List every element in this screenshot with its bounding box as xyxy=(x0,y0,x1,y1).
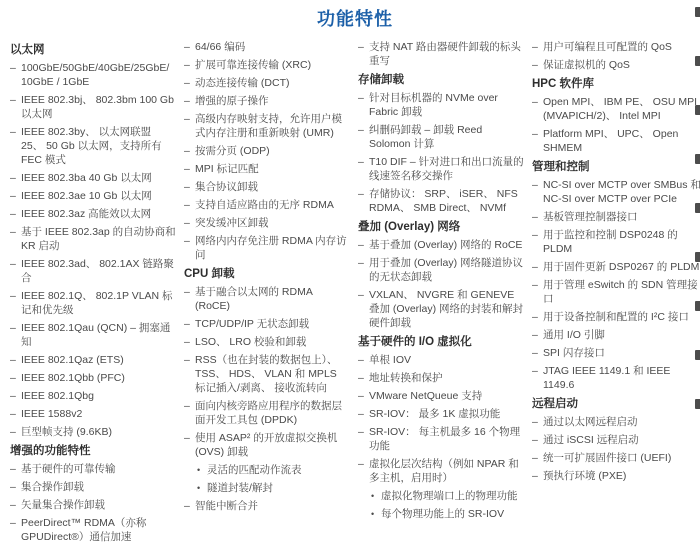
feature-item: –用于固件更新 DSP0267 的 PLDM xyxy=(532,260,700,274)
dash-marker: – xyxy=(358,407,369,421)
feature-item: –高级内存映射支持，允许用户模式内存注册和重新映射 (UMR) xyxy=(184,112,350,140)
feature-item: –智能中断合并 xyxy=(184,499,350,513)
feature-item: –IEEE 802.1Qau (QCN) – 拥塞通知 xyxy=(10,321,176,349)
feature-text: 统一可扩展固件接口 (UEFI) xyxy=(543,451,671,465)
bullet-marker: • xyxy=(197,463,207,477)
feature-item: –NC-SI over MCTP over SMBus 和 NC-SI over… xyxy=(532,178,700,206)
feature-item: –单根 IOV xyxy=(358,353,524,367)
feature-item: –IEEE 802.3bj、 802.3bm 100 Gb 以太网 xyxy=(10,93,176,121)
dash-marker: – xyxy=(532,346,543,360)
feature-text: 支持 NAT 路由器硬件卸载的标头重写 xyxy=(369,40,524,68)
feature-column-2: –64/66 编码–扩展可靠连接传输 (XRC)–动态连接传输 (DCT)–增强… xyxy=(184,40,350,543)
feature-text: RSS（也在封装的数据包上）、 TSS、 HDS、 VLAN 和 MPLS 标记… xyxy=(195,353,350,395)
feature-item: –保证虚拟机的 QoS xyxy=(532,58,700,72)
dash-marker: – xyxy=(358,40,369,68)
dash-marker: – xyxy=(10,225,21,253)
feature-item: –网络内内存免注册 RDMA 内存访问 xyxy=(184,234,350,262)
feature-text: 用于设备控制和配置的 I²C 接口 xyxy=(543,310,689,324)
feature-item: –RSS（也在封装的数据包上）、 TSS、 HDS、 VLAN 和 MPLS 标… xyxy=(184,353,350,395)
dash-marker: – xyxy=(184,216,195,230)
section-header: 管理和控制 xyxy=(532,159,700,175)
dash-marker: – xyxy=(10,462,21,476)
dash-marker: – xyxy=(10,389,21,403)
feature-text: T10 DIF – 针对进口和出口流量的线速签名移交操作 xyxy=(369,155,524,183)
feature-text: 集合操作卸载 xyxy=(21,480,84,494)
dash-marker: – xyxy=(358,91,369,119)
section-header: 远程启动 xyxy=(532,396,700,412)
feature-text: 单根 IOV xyxy=(369,353,411,367)
feature-column-1: 以太网–100GbE/50GbE/40GbE/25GbE/ 10GbE / 1G… xyxy=(10,40,176,543)
feature-item: –用户可编程且可配置的 QoS xyxy=(532,40,700,54)
dash-marker: – xyxy=(184,40,195,54)
dash-marker: – xyxy=(184,431,195,459)
feature-item: –IEEE 802.1Qbb (PFC) xyxy=(10,371,176,385)
dash-marker: – xyxy=(532,469,543,483)
page-edge-artifact xyxy=(695,252,700,262)
dash-marker: – xyxy=(532,210,543,224)
feature-text: IEEE 802.3ba 40 Gb 以太网 xyxy=(21,171,152,185)
feature-item: –集合协议卸载 xyxy=(184,180,350,194)
feature-item: –扩展可靠连接传输 (XRC) xyxy=(184,58,350,72)
feature-text: 隧道封装/解封 xyxy=(207,481,273,495)
dash-marker: – xyxy=(358,457,369,485)
bullet-marker: • xyxy=(371,507,381,521)
dash-marker: – xyxy=(10,353,21,367)
feature-text: IEEE 802.1Qbb (PFC) xyxy=(21,371,125,385)
feature-text: IEEE 802.3by、 以太网联盟 25、 50 Gb 以太网，支持所有 F… xyxy=(21,125,176,167)
feature-item: –T10 DIF – 针对进口和出口流量的线速签名移交操作 xyxy=(358,155,524,183)
feature-text: 用于叠加 (Overlay) 网络隧道协议的无状态卸载 xyxy=(369,256,524,284)
dash-marker: – xyxy=(10,125,21,167)
bullet-marker: • xyxy=(371,489,381,503)
section-header: CPU 卸载 xyxy=(184,266,350,282)
feature-item: –虚拟化层次结构（例如 NPAR 和多主机，启用时） xyxy=(358,457,524,485)
feature-item: –JTAG IEEE 1149.1 和 IEEE 1149.6 xyxy=(532,364,700,392)
feature-item: –MPI 标记匹配 xyxy=(184,162,350,176)
feature-subitem: •隧道封装/解封 xyxy=(184,481,350,495)
feature-item: –基于融合以太网的 RDMA (RoCE) xyxy=(184,285,350,313)
dash-marker: – xyxy=(184,335,195,349)
feature-text: 动态连接传输 (DCT) xyxy=(195,76,290,90)
feature-item: –SR-IOV： 最多 1K 虚拟功能 xyxy=(358,407,524,421)
feature-item: –IEEE 1588v2 xyxy=(10,407,176,421)
dash-marker: – xyxy=(532,328,543,342)
page-edge-artifact xyxy=(695,56,700,66)
feature-item: –通过以太网远程启动 xyxy=(532,415,700,429)
feature-item: –IEEE 802.3ba 40 Gb 以太网 xyxy=(10,171,176,185)
feature-item: –存储协议： SRP、 iSER、 NFS RDMA、 SMB Direct、 … xyxy=(358,187,524,215)
feature-item: –矢量集合操作卸载 xyxy=(10,498,176,512)
dash-marker: – xyxy=(184,58,195,72)
page-edge-artifact xyxy=(695,7,700,17)
feature-item: –通过 iSCSI 远程启动 xyxy=(532,433,700,447)
feature-text: LSO、 LRO 校验和卸载 xyxy=(195,335,306,349)
feature-item: –IEEE 802.3ae 10 Gb 以太网 xyxy=(10,189,176,203)
section-header: 叠加 (Overlay) 网络 xyxy=(358,219,524,235)
feature-columns: 以太网–100GbE/50GbE/40GbE/25GbE/ 10GbE / 1G… xyxy=(10,40,700,543)
dash-marker: – xyxy=(532,95,543,123)
feature-column-4: –用户可编程且可配置的 QoS–保证虚拟机的 QoSHPC 软件库–Open M… xyxy=(532,40,700,543)
feature-item: –突发缓冲区卸载 xyxy=(184,216,350,230)
dash-marker: – xyxy=(10,93,21,121)
feature-text: 高级内存映射支持，允许用户模式内存注册和重新映射 (UMR) xyxy=(195,112,350,140)
feature-text: MPI 标记匹配 xyxy=(195,162,259,176)
section-header: 以太网 xyxy=(10,42,176,58)
dash-marker: – xyxy=(358,238,369,252)
dash-marker: – xyxy=(184,180,195,194)
dash-marker: – xyxy=(184,76,195,90)
feature-text: 按需分页 (ODP) xyxy=(195,144,270,158)
dash-marker: – xyxy=(532,451,543,465)
feature-text: 每个物理功能上的 SR-IOV xyxy=(381,507,504,521)
dash-marker: – xyxy=(10,257,21,285)
feature-item: –IEEE 802.1Qbg xyxy=(10,389,176,403)
feature-subitem: •每个物理功能上的 SR-IOV xyxy=(358,507,524,521)
feature-item: –IEEE 802.3az 高能效以太网 xyxy=(10,207,176,221)
feature-text: 集合协议卸载 xyxy=(195,180,258,194)
dash-marker: – xyxy=(532,40,543,54)
feature-item: –VXLAN、 NVGRE 和 GENEVE 叠加 (Overlay) 网络的封… xyxy=(358,288,524,330)
page-edge-artifact xyxy=(695,350,700,360)
feature-text: IEEE 802.3bj、 802.3bm 100 Gb 以太网 xyxy=(21,93,176,121)
dash-marker: – xyxy=(184,317,195,331)
feature-item: –支持 NAT 路由器硬件卸载的标头重写 xyxy=(358,40,524,68)
feature-text: 虚拟化物理端口上的物理功能 xyxy=(381,489,518,503)
dash-marker: – xyxy=(358,155,369,183)
feature-text: IEEE 802.1Qaz (ETS) xyxy=(21,353,124,367)
feature-text: 用户可编程且可配置的 QoS xyxy=(543,40,672,54)
dash-marker: – xyxy=(358,371,369,385)
dash-marker: – xyxy=(184,285,195,313)
feature-text: 用于固件更新 DSP0267 的 PLDM xyxy=(543,260,699,274)
feature-column-3: –支持 NAT 路由器硬件卸载的标头重写存储卸载–针对目标机器的 NVMe ov… xyxy=(358,40,524,543)
feature-item: –IEEE 802.1Qaz (ETS) xyxy=(10,353,176,367)
dash-marker: – xyxy=(184,144,195,158)
dash-marker: – xyxy=(358,187,369,215)
dash-marker: – xyxy=(358,425,369,453)
feature-text: 用于监控和控制 DSP0248 的 PLDM xyxy=(543,228,700,256)
feature-item: –用于设备控制和配置的 I²C 接口 xyxy=(532,310,700,324)
feature-item: –用于监控和控制 DSP0248 的 PLDM xyxy=(532,228,700,256)
feature-item: –LSO、 LRO 校验和卸载 xyxy=(184,335,350,349)
section-header: HPC 软件库 xyxy=(532,76,700,92)
dash-marker: – xyxy=(10,407,21,421)
feature-item: –使用 ASAP² 的开放虚拟交换机 (OVS) 卸载 xyxy=(184,431,350,459)
feature-item: –基于叠加 (Overlay) 网络的 RoCE xyxy=(358,238,524,252)
dash-marker: – xyxy=(184,499,195,513)
feature-item: –面向内核旁路应用程序的数据层面开发工具包 (DPDK) xyxy=(184,399,350,427)
dash-marker: – xyxy=(532,310,543,324)
feature-text: PeerDirect™ RDMA（亦称 GPUDirect®）通信加速 xyxy=(21,516,176,543)
page-title: 功能特性 xyxy=(10,5,700,31)
dash-marker: – xyxy=(10,207,21,221)
page-edge-artifact xyxy=(695,203,700,213)
feature-item: –地址转换和保护 xyxy=(358,371,524,385)
section-header: 基于硬件的 I/O 虚拟化 xyxy=(358,334,524,350)
feature-item: –基于 IEEE 802.3ap 的自动协商和 KR 启动 xyxy=(10,225,176,253)
feature-item: –统一可扩展固件接口 (UEFI) xyxy=(532,451,700,465)
feature-text: 用于管理 eSwitch 的 SDN 管理接口 xyxy=(543,278,700,306)
dash-marker: – xyxy=(10,171,21,185)
feature-text: IEEE 802.3az 高能效以太网 xyxy=(21,207,151,221)
feature-item: –增强的原子操作 xyxy=(184,94,350,108)
dash-marker: – xyxy=(10,498,21,512)
feature-item: –Platform MPI、 UPC、 Open SHMEM xyxy=(532,127,700,155)
page-edge-artifact xyxy=(695,301,700,311)
dash-marker: – xyxy=(10,516,21,543)
dash-marker: – xyxy=(184,234,195,262)
dash-marker: – xyxy=(532,415,543,429)
feature-text: JTAG IEEE 1149.1 和 IEEE 1149.6 xyxy=(543,364,700,392)
feature-item: –PeerDirect™ RDMA（亦称 GPUDirect®）通信加速 xyxy=(10,516,176,543)
section-header: 增强的功能特性 xyxy=(10,443,176,459)
feature-item: –TCP/UDP/IP 无状态卸载 xyxy=(184,317,350,331)
dash-marker: – xyxy=(358,123,369,151)
feature-item: –IEEE 802.3ad、 802.1AX 链路聚合 xyxy=(10,257,176,285)
feature-item: –动态连接传输 (DCT) xyxy=(184,76,350,90)
feature-text: 基于 IEEE 802.3ap 的自动协商和 KR 启动 xyxy=(21,225,176,253)
dash-marker: – xyxy=(358,288,369,330)
feature-text: IEEE 1588v2 xyxy=(21,407,82,421)
page-edge-artifact xyxy=(695,399,700,409)
feature-text: 增强的原子操作 xyxy=(195,94,269,108)
feature-text: 基于叠加 (Overlay) 网络的 RoCE xyxy=(369,238,522,252)
feature-text: 虚拟化层次结构（例如 NPAR 和多主机，启用时） xyxy=(369,457,524,485)
dash-marker: – xyxy=(358,256,369,284)
feature-text: 巨型帧支持 (9.6KB) xyxy=(21,425,112,439)
dash-marker: – xyxy=(10,289,21,317)
feature-text: 使用 ASAP² 的开放虚拟交换机 (OVS) 卸载 xyxy=(195,431,350,459)
dash-marker: – xyxy=(10,371,21,385)
feature-text: 通用 I/O 引脚 xyxy=(543,328,605,342)
bullet-marker: • xyxy=(197,481,207,495)
dash-marker: – xyxy=(184,162,195,176)
feature-item: –巨型帧支持 (9.6KB) xyxy=(10,425,176,439)
feature-text: NC-SI over MCTP over SMBus 和 NC-SI over … xyxy=(543,178,700,206)
datasheet-features-page: 功能特性 以太网–100GbE/50GbE/40GbE/25GbE/ 10GbE… xyxy=(0,0,700,543)
feature-text: VXLAN、 NVGRE 和 GENEVE 叠加 (Overlay) 网络的封装… xyxy=(369,288,524,330)
dash-marker: – xyxy=(184,112,195,140)
dash-marker: – xyxy=(10,480,21,494)
feature-item: –纠删码卸载 – 卸载 Reed Solomon 计算 xyxy=(358,123,524,151)
feature-item: –VMware NetQueue 支持 xyxy=(358,389,524,403)
feature-item: –基板管理控制器接口 xyxy=(532,210,700,224)
feature-text: 基于硬件的可靠传输 xyxy=(21,462,116,476)
feature-text: Platform MPI、 UPC、 Open SHMEM xyxy=(543,127,700,155)
feature-item: –基于硬件的可靠传输 xyxy=(10,462,176,476)
dash-marker: – xyxy=(184,198,195,212)
dash-marker: – xyxy=(184,399,195,427)
feature-item: –通用 I/O 引脚 xyxy=(532,328,700,342)
dash-marker: – xyxy=(10,425,21,439)
feature-text: 基板管理控制器接口 xyxy=(543,210,638,224)
feature-item: –支持自适应路由的无序 RDMA xyxy=(184,198,350,212)
dash-marker: – xyxy=(184,94,195,108)
feature-text: 支持自适应路由的无序 RDMA xyxy=(195,198,334,212)
feature-text: 基于融合以太网的 RDMA (RoCE) xyxy=(195,285,350,313)
feature-text: IEEE 802.3ae 10 Gb 以太网 xyxy=(21,189,152,203)
feature-item: –IEEE 802.1Q、 802.1P VLAN 标记和优先级 xyxy=(10,289,176,317)
dash-marker: – xyxy=(358,353,369,367)
feature-text: 网络内内存免注册 RDMA 内存访问 xyxy=(195,234,350,262)
feature-item: –100GbE/50GbE/40GbE/25GbE/ 10GbE / 1GbE xyxy=(10,61,176,89)
dash-marker: – xyxy=(358,389,369,403)
feature-item: –SPI 闪存接口 xyxy=(532,346,700,360)
dash-marker: – xyxy=(532,433,543,447)
dash-marker: – xyxy=(10,189,21,203)
feature-item: –用于叠加 (Overlay) 网络隧道协议的无状态卸载 xyxy=(358,256,524,284)
feature-text: 扩展可靠连接传输 (XRC) xyxy=(195,58,311,72)
feature-text: IEEE 802.3ad、 802.1AX 链路聚合 xyxy=(21,257,176,285)
feature-text: 矢量集合操作卸载 xyxy=(21,498,105,512)
feature-text: 通过 iSCSI 远程启动 xyxy=(543,433,639,447)
feature-text: 面向内核旁路应用程序的数据层面开发工具包 (DPDK) xyxy=(195,399,350,427)
dash-marker: – xyxy=(532,228,543,256)
feature-subitem: •灵活的匹配动作流表 xyxy=(184,463,350,477)
feature-text: IEEE 802.1Qau (QCN) – 拥塞通知 xyxy=(21,321,176,349)
feature-text: 智能中断合并 xyxy=(195,499,258,513)
feature-item: –按需分页 (ODP) xyxy=(184,144,350,158)
feature-item: –用于管理 eSwitch 的 SDN 管理接口 xyxy=(532,278,700,306)
dash-marker: – xyxy=(10,61,21,89)
page-edge-artifact xyxy=(695,154,700,164)
feature-text: Open MPI、 IBM PE、 OSU MPI (MVAPICH/2)、 I… xyxy=(543,95,700,123)
feature-text: VMware NetQueue 支持 xyxy=(369,389,482,403)
section-header: 存储卸载 xyxy=(358,72,524,88)
feature-item: –Open MPI、 IBM PE、 OSU MPI (MVAPICH/2)、 … xyxy=(532,95,700,123)
feature-subitem: •虚拟化物理端口上的物理功能 xyxy=(358,489,524,503)
feature-text: 地址转换和保护 xyxy=(369,371,443,385)
feature-text: TCP/UDP/IP 无状态卸载 xyxy=(195,317,309,331)
dash-marker: – xyxy=(532,127,543,155)
dash-marker: – xyxy=(10,321,21,349)
dash-marker: – xyxy=(184,353,195,395)
feature-item: –64/66 编码 xyxy=(184,40,350,54)
feature-text: 保证虚拟机的 QoS xyxy=(543,58,630,72)
feature-item: –IEEE 802.3by、 以太网联盟 25、 50 Gb 以太网，支持所有 … xyxy=(10,125,176,167)
dash-marker: – xyxy=(532,178,543,206)
feature-text: 存储协议： SRP、 iSER、 NFS RDMA、 SMB Direct、 N… xyxy=(369,187,524,215)
feature-text: IEEE 802.1Qbg xyxy=(21,389,94,403)
feature-text: 灵活的匹配动作流表 xyxy=(207,463,302,477)
feature-text: 纠删码卸载 – 卸载 Reed Solomon 计算 xyxy=(369,123,524,151)
feature-text: 通过以太网远程启动 xyxy=(543,415,638,429)
feature-text: 针对目标机器的 NVMe over Fabric 卸载 xyxy=(369,91,524,119)
feature-text: 100GbE/50GbE/40GbE/25GbE/ 10GbE / 1GbE xyxy=(21,61,176,89)
feature-text: 突发缓冲区卸载 xyxy=(195,216,269,230)
feature-text: 64/66 编码 xyxy=(195,40,245,54)
feature-item: –集合操作卸载 xyxy=(10,480,176,494)
dash-marker: – xyxy=(532,278,543,306)
dash-marker: – xyxy=(532,260,543,274)
dash-marker: – xyxy=(532,58,543,72)
feature-text: IEEE 802.1Q、 802.1P VLAN 标记和优先级 xyxy=(21,289,176,317)
feature-item: –SR-IOV： 每主机最多 16 个物理功能 xyxy=(358,425,524,453)
feature-item: –针对目标机器的 NVMe over Fabric 卸载 xyxy=(358,91,524,119)
page-edge-artifact xyxy=(695,105,700,115)
feature-text: SR-IOV： 最多 1K 虚拟功能 xyxy=(369,407,500,421)
feature-item: –预执行环境 (PXE) xyxy=(532,469,700,483)
dash-marker: – xyxy=(532,364,543,392)
feature-text: SR-IOV： 每主机最多 16 个物理功能 xyxy=(369,425,524,453)
feature-text: SPI 闪存接口 xyxy=(543,346,605,360)
feature-text: 预执行环境 (PXE) xyxy=(543,469,626,483)
